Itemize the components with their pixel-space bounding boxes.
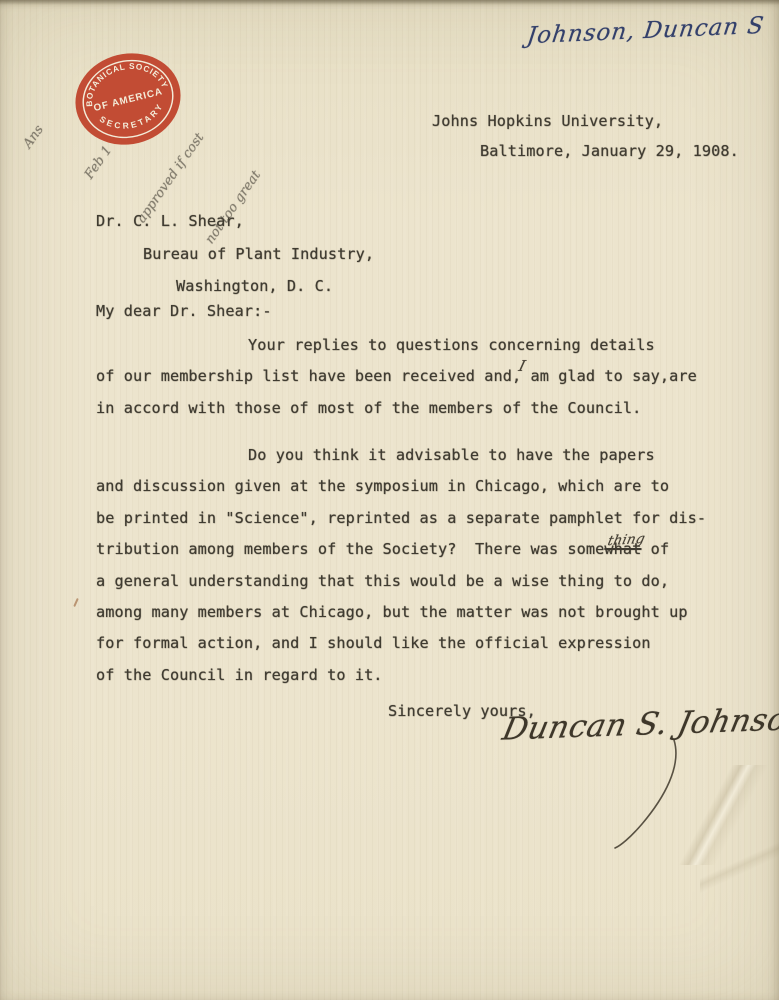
recipient-city: Washington, D. C. xyxy=(96,270,374,303)
body-line: of the Council in regard to it. xyxy=(96,660,706,691)
body-line-segment: of xyxy=(641,540,669,558)
body-line: a general understanding that this would … xyxy=(96,566,706,597)
body-line: for formal action, and I should like the… xyxy=(96,628,706,659)
catalog-note: Johnson, Duncan S xyxy=(525,13,766,50)
recipient-name: Dr. C. L. Shear, xyxy=(96,205,374,238)
paragraph-1: Your replies to questions concerning det… xyxy=(96,330,697,424)
body-line-segment: tribution among members of the Society? … xyxy=(96,540,604,558)
recipient-organization: Bureau of Plant Industry, xyxy=(96,238,374,271)
body-line: tribution among members of the Society? … xyxy=(96,534,706,565)
letterhead-institution: Johns Hopkins University, xyxy=(432,112,663,130)
body-line: of our membership list have been receive… xyxy=(96,361,697,392)
paper-crease xyxy=(700,830,779,900)
stray-mark xyxy=(73,598,78,607)
salutation: My dear Dr. Shear:- xyxy=(96,302,272,320)
body-line: Your replies to questions concerning det… xyxy=(96,330,697,361)
body-line-segment: of our membership list have been receive… xyxy=(96,367,521,385)
body-line: Do you think it advisable to have the pa… xyxy=(96,440,706,471)
body-line: among many members at Chicago, but the m… xyxy=(96,597,706,628)
correction-anchor: whatthing xyxy=(604,540,641,558)
letter-page: Ans Feb 1 approved if cost not too great… xyxy=(0,0,779,1000)
body-line: and discussion given at the symposium in… xyxy=(96,471,706,502)
body-line: in accord with those of most of the memb… xyxy=(96,393,697,424)
body-line-segment: am glad to say,are xyxy=(521,367,697,385)
recipient-address: Dr. C. L. Shear, Bureau of Plant Industr… xyxy=(96,205,374,303)
paragraph-2: Do you think it advisable to have the pa… xyxy=(96,440,706,691)
letterhead-dateline: Baltimore, January 29, 1908. xyxy=(480,142,739,160)
scan-top-edge xyxy=(0,0,779,5)
signature: Duncan S. Johnson. xyxy=(499,700,779,747)
